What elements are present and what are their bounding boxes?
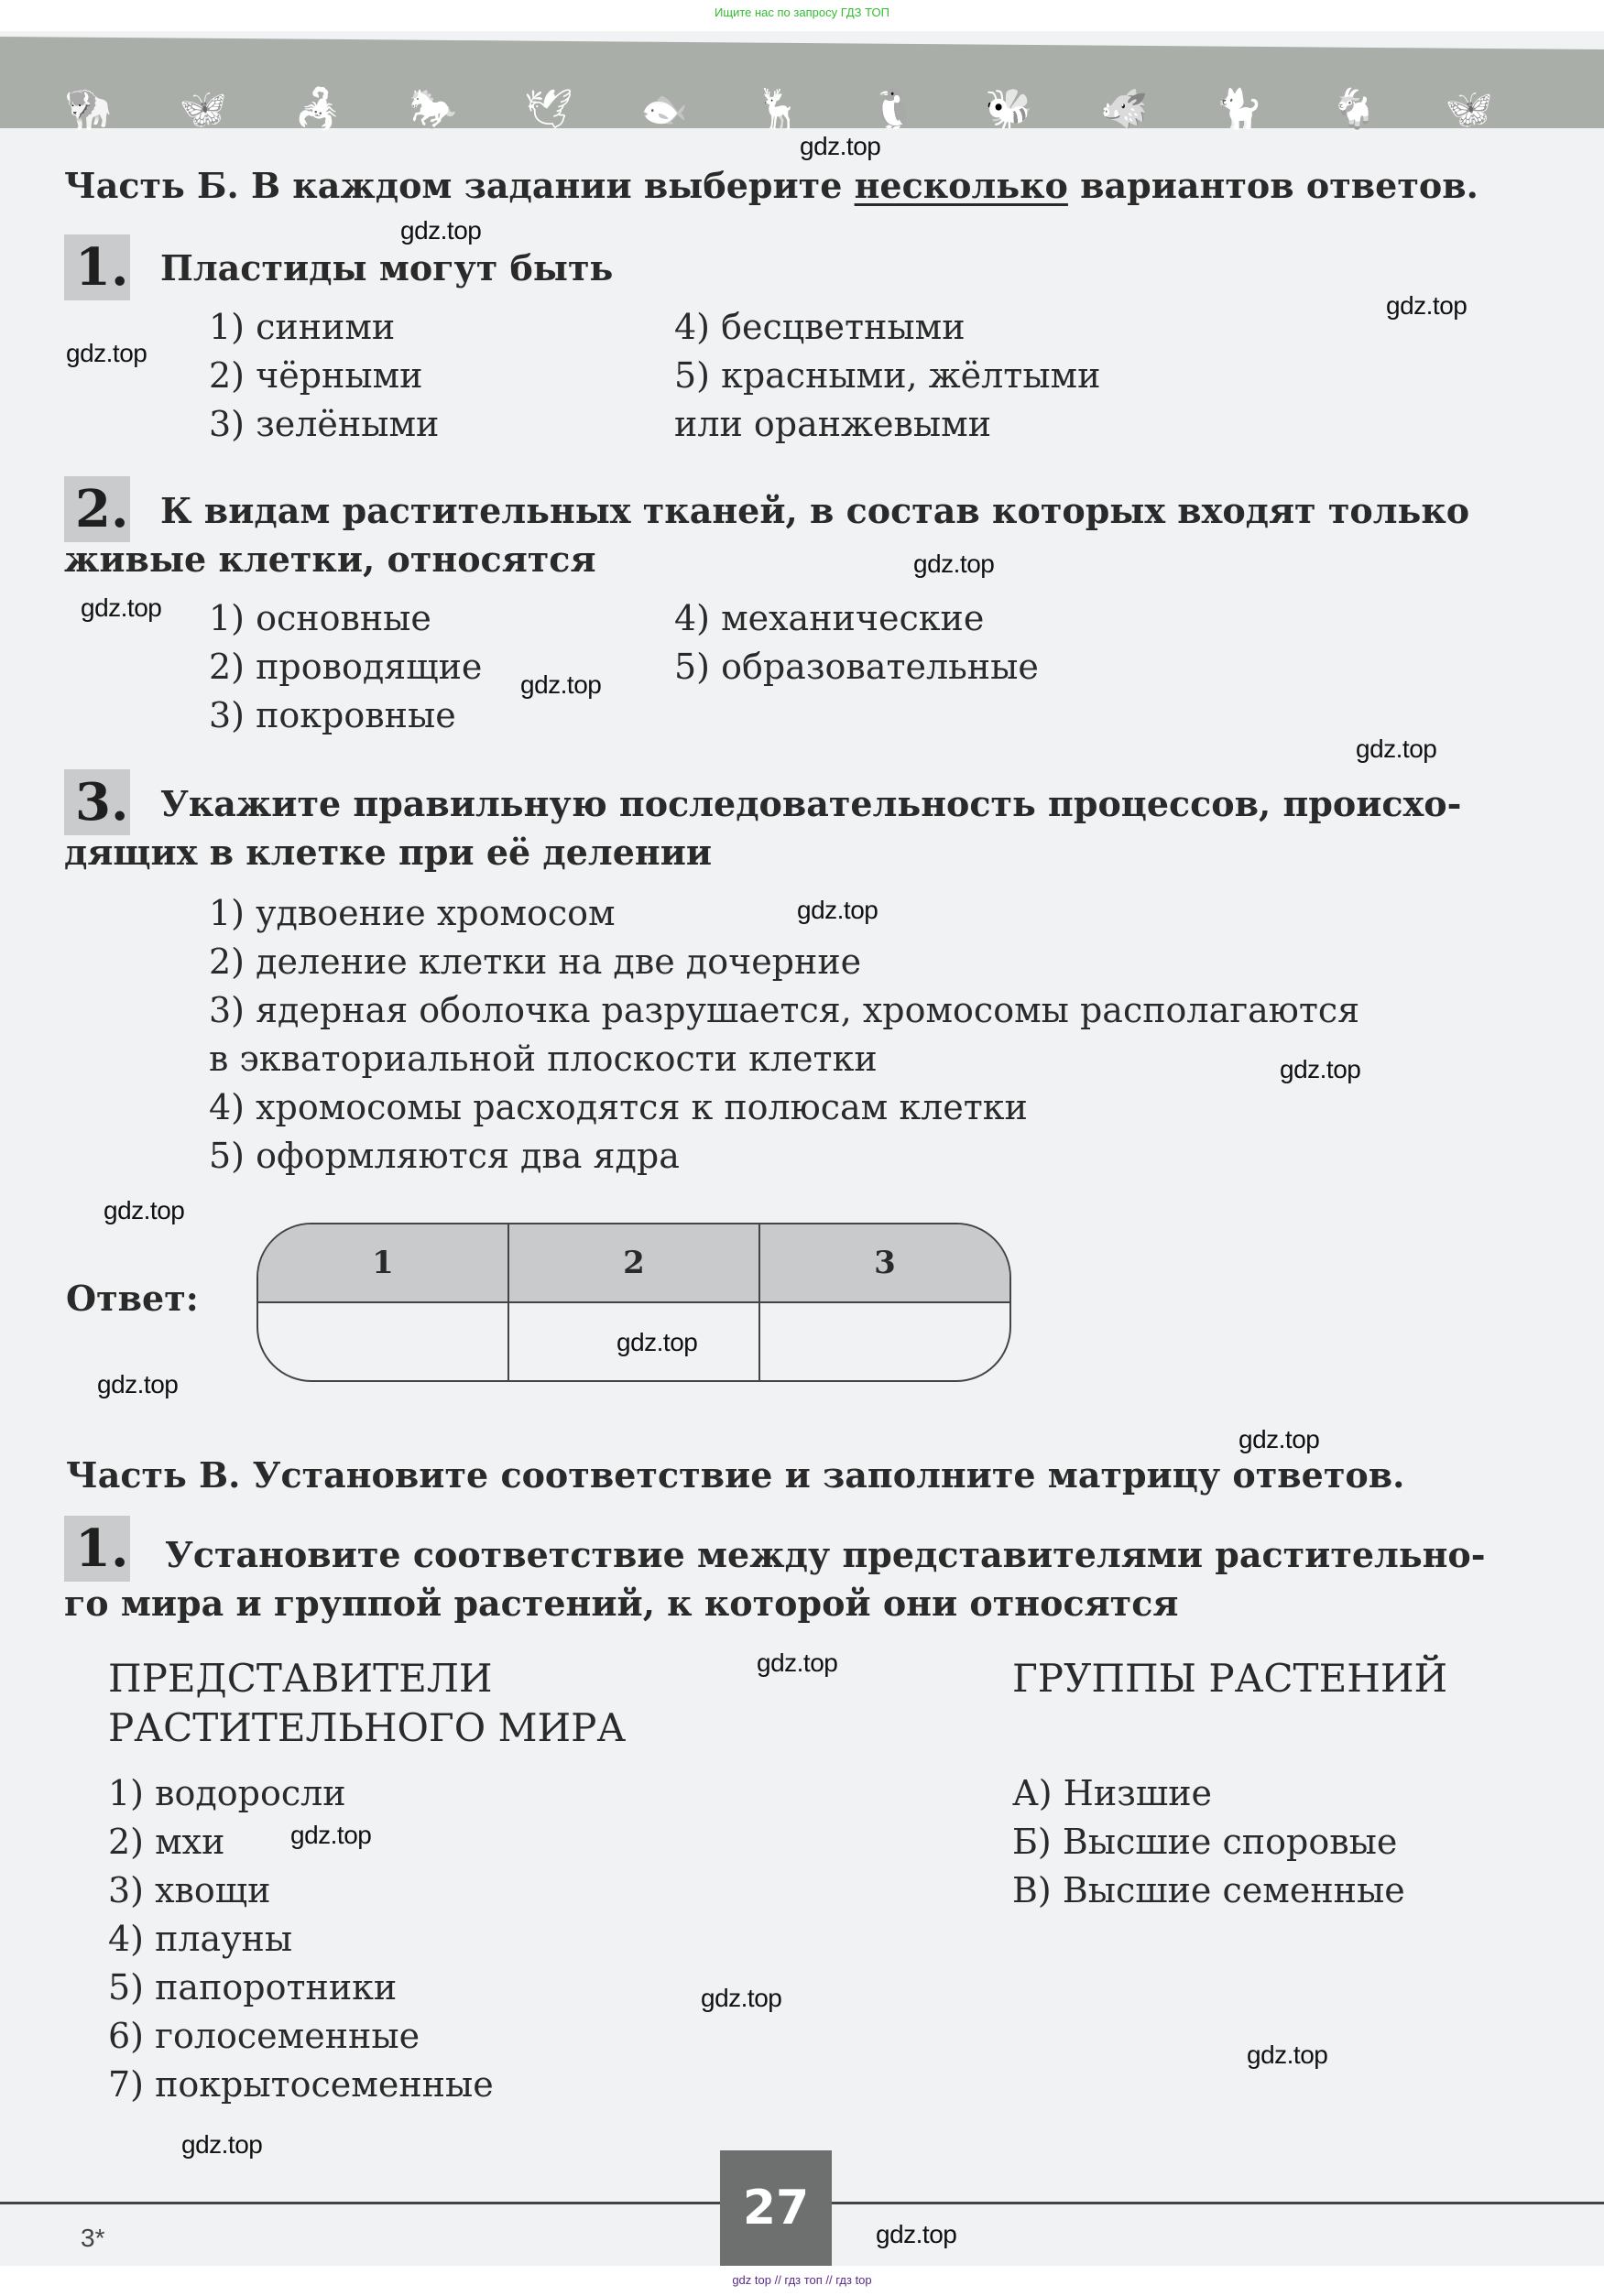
watermark: gdz.top	[617, 1328, 697, 1357]
watermark: gdz.top	[181, 2130, 262, 2160]
watermark: gdz.top	[800, 132, 880, 161]
match-right-item: В) Высшие семенные	[1012, 1870, 1405, 1910]
match-right-item: А) Низшие	[1012, 1773, 1212, 1813]
option: 5) образовательные	[674, 647, 1039, 687]
option: 1) удвоение хромосом	[209, 893, 616, 933]
question-text: Установите соответствие между представит…	[165, 1534, 1486, 1575]
watermark: gdz.top	[876, 2220, 956, 2249]
option: 2) проводящие	[209, 647, 482, 687]
scorpion-icon: 🦂	[294, 90, 342, 128]
answer-header-cell: 1	[258, 1224, 507, 1301]
watermark: gdz.top	[1247, 2040, 1327, 2070]
question-number-badge: 3.	[64, 769, 130, 835]
match-left-item: 2) мхи	[108, 1822, 224, 1862]
match-left-item: 3) хвощи	[108, 1870, 270, 1910]
butterfly-icon: 🦋	[180, 90, 227, 128]
heading-underlined: несколько	[855, 165, 1068, 206]
watermark: gdz.top	[1386, 291, 1467, 321]
watermark: gdz.top	[913, 550, 994, 579]
watermark: gdz.top	[66, 339, 147, 368]
watermark: gdz.top	[290, 1821, 371, 1850]
question-text: живые клетки, относятся	[64, 539, 596, 580]
answer-label: Ответ:	[66, 1278, 199, 1319]
answer-table-header: 1 2 3	[258, 1224, 1009, 1303]
option: 4) бесцветными	[674, 307, 966, 347]
answer-header-cell: 3	[758, 1224, 1009, 1301]
option: 1) основные	[209, 598, 431, 638]
question-text: Пластиды могут быть	[160, 247, 613, 288]
answer-input-cell[interactable]	[758, 1303, 1009, 1380]
match-left-item: 7) покрытосеменные	[108, 2064, 494, 2105]
option: 4) механические	[674, 598, 984, 638]
option: 1) синими	[209, 307, 395, 347]
watermark: gdz.top	[701, 1984, 781, 2013]
option: 3) ядерная оболочка разрушается, хромосо…	[209, 990, 1359, 1030]
watermark: gdz.top	[81, 593, 161, 623]
question-text: Укажите правильную последовательность пр…	[160, 783, 1461, 824]
watermark: gdz.top	[797, 896, 878, 925]
option: 5) красными, жёлтыми	[674, 355, 1100, 396]
insect-icon: 🐝	[985, 90, 1032, 128]
option-continued: или оранжевыми	[674, 404, 991, 444]
option: 3) зелёными	[209, 404, 439, 444]
option: 5) оформляются два ядра	[209, 1136, 680, 1176]
goat-icon: 🐐	[1330, 90, 1378, 128]
option: 3) покровные	[209, 695, 456, 735]
penguin-icon: 🐧	[870, 90, 918, 128]
question-text: К видам растительных тканей, в состав ко…	[160, 490, 1469, 531]
answer-input-cell[interactable]	[258, 1303, 507, 1380]
fish-icon: 🐟	[640, 90, 688, 128]
question-number-badge: 1.	[64, 1516, 130, 1582]
heading-suffix: вариантов ответов.	[1068, 165, 1479, 206]
answer-header-cell: 2	[507, 1224, 758, 1301]
match-left-item: 6) голосеменные	[108, 2016, 420, 2056]
watermark: gdz.top	[97, 1370, 178, 1399]
watermark: gdz.top	[104, 1196, 184, 1225]
match-left-item: 4) плауны	[108, 1919, 292, 1959]
part-v-heading: Часть В. Установите соответствие и запол…	[66, 1454, 1404, 1496]
watermark: gdz.top	[1238, 1425, 1319, 1454]
bottom-note: gdz top // гдз топ // гдз top	[0, 2273, 1604, 2287]
watermark: gdz.top	[1356, 735, 1436, 764]
question-text: дящих в клетке при её делении	[64, 832, 712, 873]
bird-icon: 🕊	[524, 90, 573, 128]
page-number: 27	[720, 2150, 832, 2266]
left-column-header: РАСТИТЕЛЬНОГО МИРА	[108, 1705, 626, 1750]
watermark: gdz.top	[400, 216, 481, 245]
boar-icon: 🐗	[1100, 90, 1148, 128]
option: 4) хромосомы расходятся к полюсам клетки	[209, 1087, 1028, 1127]
heading-prefix: Часть Б. В каждом задании выберите	[64, 165, 855, 206]
question-text: го мира и группой растений, к которой он…	[64, 1583, 1178, 1624]
question-number-badge: 1.	[64, 234, 130, 300]
match-right-item: Б) Высшие споровые	[1012, 1822, 1397, 1862]
match-left-item: 5) папоротники	[108, 1967, 397, 2008]
watermark: gdz.top	[757, 1649, 837, 1678]
answer-table: 1 2 3	[256, 1223, 1011, 1382]
option: 2) деление клетки на две дочерние	[209, 941, 861, 982]
right-column-header: ГРУППЫ РАСТЕНИЙ	[1012, 1656, 1447, 1701]
horse-icon: 🐎	[409, 90, 457, 128]
left-column-header: ПРЕДСТАВИТЕЛИ	[108, 1656, 493, 1701]
part-b-heading: Часть Б. В каждом задании выберите неско…	[64, 165, 1479, 206]
moose-icon: 🦌	[755, 90, 802, 128]
match-left-item: 1) водоросли	[108, 1773, 346, 1813]
signature-mark: 3*	[81, 2224, 104, 2253]
option: 2) чёрными	[209, 355, 422, 396]
animal-silhouettes: 🦬🦋🦂🐎🕊🐟🦌🐧🐝🐗🐈🐐🦋	[64, 73, 1493, 128]
bison-icon: 🦬	[64, 90, 112, 128]
butterfly-icon: 🦋	[1446, 90, 1493, 128]
watermark: gdz.top	[520, 670, 601, 700]
watermark: gdz.top	[1280, 1055, 1360, 1084]
top-banner-note: Ищите нас по запросу ГДЗ ТОП	[0, 5, 1604, 19]
cat-icon: 🐈	[1216, 90, 1263, 128]
question-number-badge: 2.	[64, 476, 130, 542]
option-continued: в экваториальной плоскости клетки	[209, 1039, 878, 1079]
